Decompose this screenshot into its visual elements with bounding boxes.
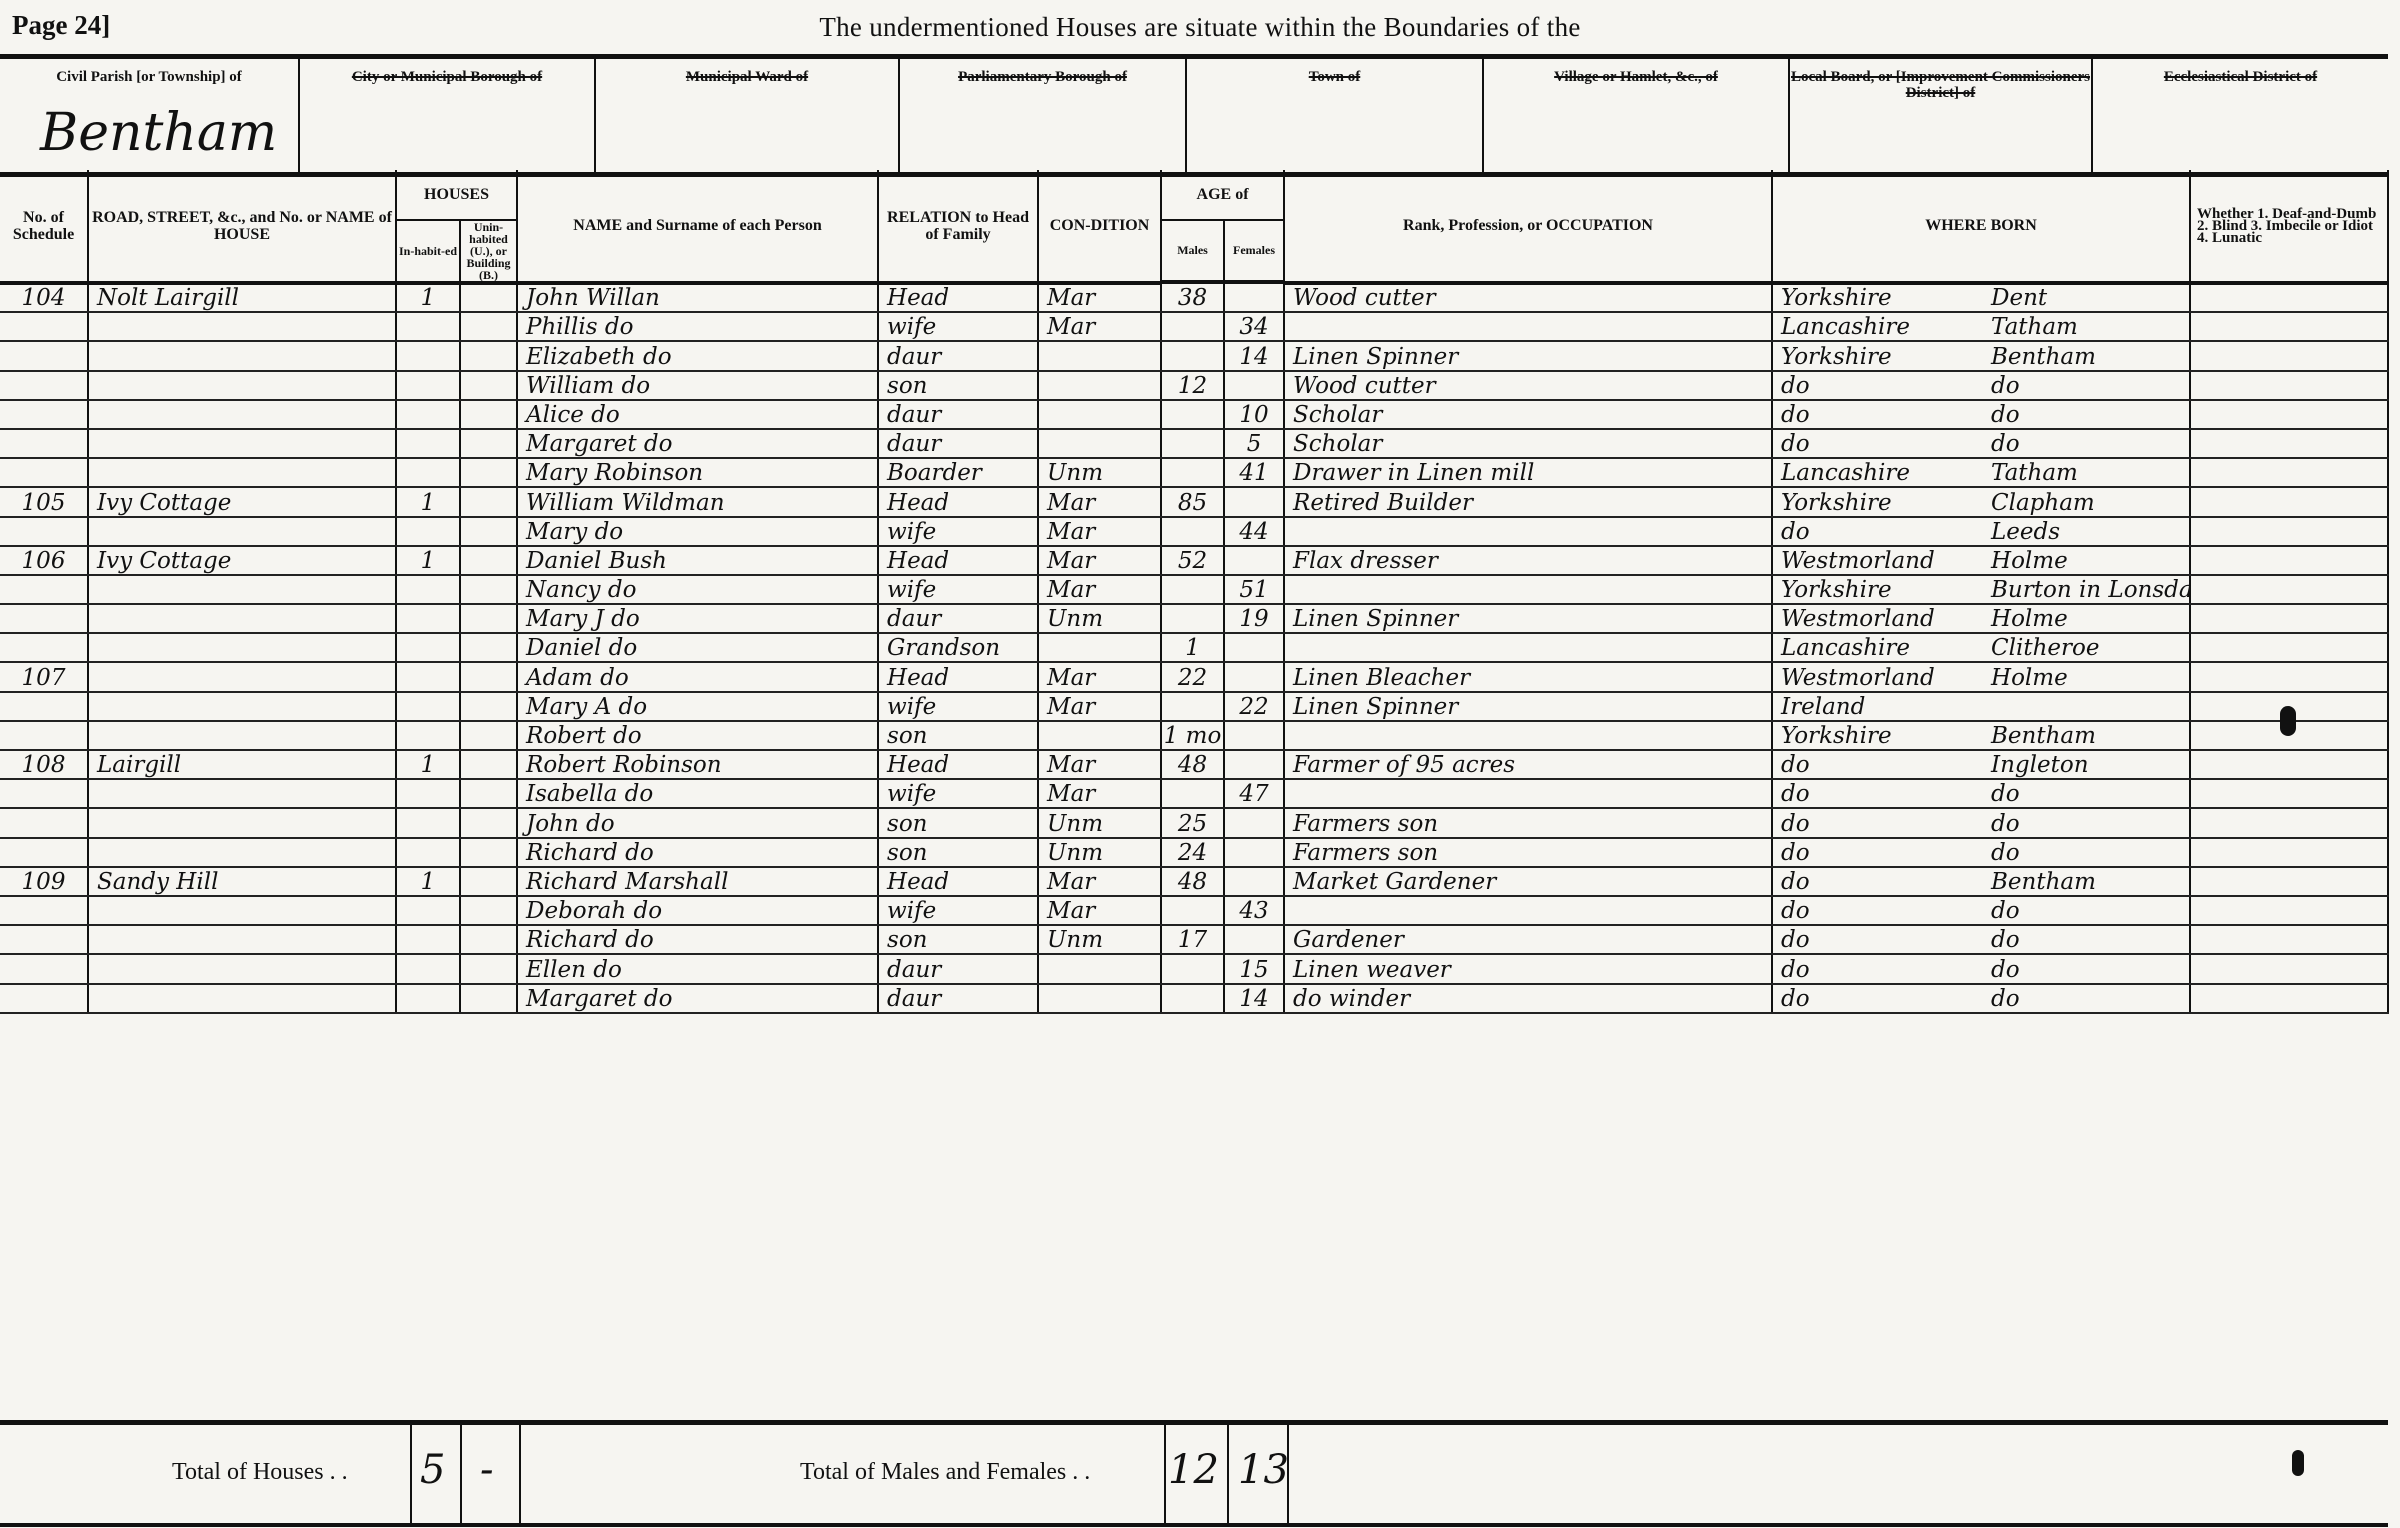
uninhabited-cell — [460, 283, 517, 312]
born-county: do — [1781, 927, 1991, 953]
born-place: do — [1991, 927, 2020, 953]
schedule-cell — [0, 896, 88, 925]
relation-cell: daur — [878, 954, 1038, 983]
infirmity-cell — [2190, 662, 2388, 691]
census-rows: 104Nolt Lairgill1John WillanHeadMar38Woo… — [0, 283, 2388, 1013]
occupation-cell: Farmers son — [1284, 838, 1772, 867]
condition-cell — [1038, 400, 1161, 429]
female-age-cell: 43 — [1224, 896, 1284, 925]
occupation-cell: Linen Spinner — [1284, 341, 1772, 370]
born-county: Yorkshire — [1781, 490, 1991, 516]
relation-cell: Head — [878, 546, 1038, 575]
schedule-cell — [0, 604, 88, 633]
born-county: Yorkshire — [1781, 285, 1991, 311]
born-county: do — [1781, 986, 1991, 1012]
occupation-cell: Wood cutter — [1284, 371, 1772, 400]
boundary-civil-parish: Civil Parish [or Township] of Bentham — [0, 59, 300, 172]
male-age-cell — [1161, 896, 1224, 925]
ink-blot — [2292, 1450, 2304, 1476]
schedule-cell — [0, 429, 88, 458]
inhabited-cell — [396, 400, 460, 429]
relation-cell: Head — [878, 662, 1038, 691]
born-county: Westmorland — [1781, 665, 1991, 691]
schedule-cell — [0, 400, 88, 429]
infirmity-cell — [2190, 750, 2388, 779]
infirmity-cell — [2190, 633, 2388, 662]
name-cell: Daniel do — [517, 633, 878, 662]
relation-cell: Head — [878, 750, 1038, 779]
relation-cell: daur — [878, 429, 1038, 458]
uninhabited-cell — [460, 954, 517, 983]
boundary-label: Local Board, or [Improvement Commissione… — [1790, 69, 2091, 101]
where-born-cell: dodo — [1772, 429, 2190, 458]
schedule-cell: 104 — [0, 283, 88, 312]
table-row: Phillis dowifeMar34LancashireTatham — [0, 312, 2388, 341]
male-age-cell: 85 — [1161, 487, 1224, 516]
where-born-cell: dodo — [1772, 779, 2190, 808]
where-born-cell: dodo — [1772, 400, 2190, 429]
uninhabited-cell — [460, 429, 517, 458]
female-age-cell: 34 — [1224, 312, 1284, 341]
relation-cell: son — [878, 371, 1038, 400]
schedule-cell — [0, 517, 88, 546]
name-cell: Mary do — [517, 517, 878, 546]
inhabited-cell — [396, 779, 460, 808]
table-row: Ellen dodaur15Linen weaverdodo — [0, 954, 2388, 983]
male-age-cell: 25 — [1161, 808, 1224, 837]
condition-cell: Mar — [1038, 575, 1161, 604]
boundary-town: Town of — [1187, 59, 1484, 172]
name-cell: John Willan — [517, 283, 878, 312]
where-born-cell: doIngleton — [1772, 750, 2190, 779]
road-cell — [88, 633, 396, 662]
table-row: 106Ivy Cottage1Daniel BushHeadMar52Flax … — [0, 546, 2388, 575]
where-born-cell: dodo — [1772, 371, 2190, 400]
infirmity-cell — [2190, 283, 2388, 312]
condition-cell — [1038, 721, 1161, 750]
infirmity-cell — [2190, 400, 2388, 429]
uninhabited-cell — [460, 867, 517, 896]
female-age-cell — [1224, 925, 1284, 954]
name-cell: Robert Robinson — [517, 750, 878, 779]
occupation-cell — [1284, 517, 1772, 546]
schedule-cell: 105 — [0, 487, 88, 516]
schedule-cell — [0, 633, 88, 662]
female-age-cell — [1224, 721, 1284, 750]
occupation-cell: Drawer in Linen mill — [1284, 458, 1772, 487]
female-age-cell — [1224, 750, 1284, 779]
inhabited-cell — [396, 429, 460, 458]
inhabited-cell: 1 — [396, 283, 460, 312]
road-cell: Nolt Lairgill — [88, 283, 396, 312]
occupation-cell: Scholar — [1284, 429, 1772, 458]
schedule-cell — [0, 954, 88, 983]
born-county: Westmorland — [1781, 606, 1991, 632]
uninhabited-cell — [460, 838, 517, 867]
col-road: ROAD, STREET, &c., and No. or NAME of HO… — [88, 170, 396, 283]
female-age-cell — [1224, 283, 1284, 312]
name-cell: Richard do — [517, 925, 878, 954]
relation-cell: son — [878, 838, 1038, 867]
occupation-cell: Linen Bleacher — [1284, 662, 1772, 691]
table-row: Richard dosonUnm24Farmers sondodo — [0, 838, 2388, 867]
infirmity-cell — [2190, 867, 2388, 896]
col-where-born: WHERE BORN — [1772, 170, 2190, 283]
name-cell: Margaret do — [517, 984, 878, 1013]
where-born-cell: dodo — [1772, 984, 2190, 1013]
col-schedule: No. of Schedule — [0, 170, 88, 283]
uninhabited-cell — [460, 400, 517, 429]
condition-cell: Mar — [1038, 896, 1161, 925]
where-born-cell: dodo — [1772, 954, 2190, 983]
occupation-cell: Farmers son — [1284, 808, 1772, 837]
road-cell — [88, 312, 396, 341]
name-cell: Richard Marshall — [517, 867, 878, 896]
relation-cell: Grandson — [878, 633, 1038, 662]
uninhabited-cell — [460, 546, 517, 575]
female-age-cell — [1224, 867, 1284, 896]
male-age-cell — [1161, 400, 1224, 429]
born-place: do — [1991, 373, 2020, 399]
relation-cell: Head — [878, 283, 1038, 312]
schedule-cell: 109 — [0, 867, 88, 896]
inhabited-cell — [396, 341, 460, 370]
totals-row: Total of Houses . . 5 - Total of Males a… — [0, 1420, 2388, 1527]
male-age-cell — [1161, 692, 1224, 721]
name-cell: Nancy do — [517, 575, 878, 604]
born-county: do — [1781, 811, 1991, 837]
total-houses-uninhabited: - — [480, 1447, 494, 1493]
male-age-cell — [1161, 458, 1224, 487]
uninhabited-cell — [460, 341, 517, 370]
schedule-cell: 108 — [0, 750, 88, 779]
uninhabited-cell — [460, 312, 517, 341]
born-county: Lancashire — [1781, 635, 1991, 661]
occupation-cell — [1284, 312, 1772, 341]
occupation-cell — [1284, 779, 1772, 808]
inhabited-cell — [396, 925, 460, 954]
born-place: do — [1991, 898, 2020, 924]
male-age-cell: 1 — [1161, 633, 1224, 662]
male-age-cell: 1 mo — [1161, 721, 1224, 750]
table-row: Daniel doGrandson1LancashireClitheroe — [0, 633, 2388, 662]
born-place: Burton in Lonsdale — [1991, 577, 2190, 603]
born-county: do — [1781, 752, 1991, 778]
inhabited-cell: 1 — [396, 867, 460, 896]
infirmity-cell — [2190, 808, 2388, 837]
female-age-cell: 5 — [1224, 429, 1284, 458]
boundary-label: Municipal Ward of — [596, 69, 898, 85]
relation-cell: wife — [878, 312, 1038, 341]
where-born-cell: Ireland — [1772, 692, 2190, 721]
col-infirmity: Whether 1. Deaf-and-Dumb 2. Blind 3. Imb… — [2190, 170, 2388, 283]
road-cell — [88, 808, 396, 837]
infirmity-cell — [2190, 371, 2388, 400]
col-uninhabited: Unin-habited (U.), or Building (B.) — [460, 220, 517, 283]
condition-cell: Mar — [1038, 487, 1161, 516]
where-born-cell: dodo — [1772, 896, 2190, 925]
table-row: 107Adam doHeadMar22Linen BleacherWestmor… — [0, 662, 2388, 691]
condition-cell — [1038, 371, 1161, 400]
ink-blot — [2280, 706, 2296, 736]
boundary-value: Bentham — [40, 103, 277, 163]
infirmity-cell — [2190, 896, 2388, 925]
female-age-cell — [1224, 662, 1284, 691]
road-cell — [88, 779, 396, 808]
born-place: Bentham — [1991, 344, 2096, 370]
where-born-cell: YorkshireBentham — [1772, 341, 2190, 370]
where-born-cell: dodo — [1772, 838, 2190, 867]
male-age-cell — [1161, 575, 1224, 604]
road-cell — [88, 896, 396, 925]
female-age-cell — [1224, 546, 1284, 575]
page-title: The undermentioned Houses are situate wi… — [0, 12, 2400, 43]
total-persons-label: Total of Males and Females . . — [800, 1459, 1090, 1486]
name-cell: John do — [517, 808, 878, 837]
born-county: do — [1781, 957, 1991, 983]
female-age-cell: 41 — [1224, 458, 1284, 487]
infirmity-cell — [2190, 604, 2388, 633]
condition-cell: Mar — [1038, 517, 1161, 546]
born-county: Ireland — [1781, 694, 1991, 720]
schedule-cell — [0, 721, 88, 750]
relation-cell: Head — [878, 867, 1038, 896]
road-cell: Lairgill — [88, 750, 396, 779]
inhabited-cell — [396, 312, 460, 341]
born-county: Lancashire — [1781, 314, 1991, 340]
female-age-cell: 15 — [1224, 954, 1284, 983]
infirmity-cell — [2190, 954, 2388, 983]
born-county: Yorkshire — [1781, 344, 1991, 370]
schedule-cell — [0, 341, 88, 370]
table-row: 105Ivy Cottage1William WildmanHeadMar85R… — [0, 487, 2388, 516]
female-age-cell: 47 — [1224, 779, 1284, 808]
uninhabited-cell — [460, 896, 517, 925]
female-age-cell: 14 — [1224, 341, 1284, 370]
relation-cell: daur — [878, 984, 1038, 1013]
where-born-cell: WestmorlandHolme — [1772, 662, 2190, 691]
occupation-cell: Scholar — [1284, 400, 1772, 429]
uninhabited-cell — [460, 662, 517, 691]
col-males: Males — [1161, 220, 1224, 282]
road-cell — [88, 400, 396, 429]
born-place: Dent — [1991, 285, 2047, 311]
condition-cell: Unm — [1038, 458, 1161, 487]
inhabited-cell — [396, 575, 460, 604]
occupation-cell: Linen Spinner — [1284, 604, 1772, 633]
name-cell: Deborah do — [517, 896, 878, 925]
born-county: Lancashire — [1781, 460, 1991, 486]
male-age-cell — [1161, 779, 1224, 808]
schedule-cell — [0, 838, 88, 867]
where-born-cell: doLeeds — [1772, 517, 2190, 546]
name-cell: Alice do — [517, 400, 878, 429]
boundary-label: Ecclesiastical District of — [2093, 69, 2388, 85]
relation-cell: son — [878, 925, 1038, 954]
infirmity-cell — [2190, 429, 2388, 458]
condition-cell: Unm — [1038, 604, 1161, 633]
female-age-cell — [1224, 808, 1284, 837]
boundary-label: Civil Parish [or Township] of — [0, 69, 298, 85]
born-place: Tatham — [1991, 460, 2078, 486]
occupation-cell: Flax dresser — [1284, 546, 1772, 575]
boundary-village: Village or Hamlet, &c., of — [1484, 59, 1790, 172]
occupation-cell: Market Gardener — [1284, 867, 1772, 896]
boundaries-row: Civil Parish [or Township] of Bentham Ci… — [0, 54, 2388, 177]
born-place: Holme — [1991, 665, 2068, 691]
where-born-cell: YorkshireBurton in Lonsdale — [1772, 575, 2190, 604]
inhabited-cell — [396, 517, 460, 546]
condition-cell: Mar — [1038, 312, 1161, 341]
relation-cell: wife — [878, 692, 1038, 721]
born-place: Tatham — [1991, 314, 2078, 340]
relation-cell: wife — [878, 517, 1038, 546]
male-age-cell — [1161, 517, 1224, 546]
born-place: Holme — [1991, 548, 2068, 574]
name-cell: Elizabeth do — [517, 341, 878, 370]
occupation-cell — [1284, 721, 1772, 750]
male-age-cell: 24 — [1161, 838, 1224, 867]
condition-cell — [1038, 633, 1161, 662]
boundary-municipal-ward: Municipal Ward of — [596, 59, 900, 172]
infirmity-cell — [2190, 838, 2388, 867]
table-row: Mary A dowifeMar22Linen SpinnerIreland — [0, 692, 2388, 721]
inhabited-cell — [396, 371, 460, 400]
relation-cell: son — [878, 808, 1038, 837]
relation-cell: daur — [878, 341, 1038, 370]
table-row: Robert doson1 moYorkshireBentham — [0, 721, 2388, 750]
boundary-label: City or Municipal Borough of — [300, 69, 594, 85]
born-place: do — [1991, 811, 2020, 837]
male-age-cell — [1161, 984, 1224, 1013]
born-place: Holme — [1991, 606, 2068, 632]
uninhabited-cell — [460, 984, 517, 1013]
condition-cell — [1038, 429, 1161, 458]
boundary-municipal-borough: City or Municipal Borough of — [300, 59, 596, 172]
total-houses-label: Total of Houses . . — [172, 1459, 348, 1486]
table-row: Deborah dowifeMar43dodo — [0, 896, 2388, 925]
table-row: 104Nolt Lairgill1John WillanHeadMar38Woo… — [0, 283, 2388, 312]
table-row: Mary RobinsonBoarderUnm41Drawer in Linen… — [0, 458, 2388, 487]
col-age: AGE of — [1161, 170, 1284, 220]
where-born-cell: dodo — [1772, 925, 2190, 954]
uninhabited-cell — [460, 487, 517, 516]
uninhabited-cell — [460, 604, 517, 633]
relation-cell: Head — [878, 487, 1038, 516]
name-cell: Daniel Bush — [517, 546, 878, 575]
female-age-cell: 19 — [1224, 604, 1284, 633]
born-place: do — [1991, 957, 2020, 983]
condition-cell: Mar — [1038, 546, 1161, 575]
where-born-cell: WestmorlandHolme — [1772, 604, 2190, 633]
born-county: Yorkshire — [1781, 723, 1991, 749]
road-cell — [88, 721, 396, 750]
occupation-cell: Wood cutter — [1284, 283, 1772, 312]
relation-cell: wife — [878, 896, 1038, 925]
uninhabited-cell — [460, 925, 517, 954]
uninhabited-cell — [460, 721, 517, 750]
born-place: Bentham — [1991, 869, 2096, 895]
total-houses-inhabited: 5 — [420, 1447, 445, 1493]
male-age-cell — [1161, 341, 1224, 370]
schedule-cell — [0, 371, 88, 400]
uninhabited-cell — [460, 575, 517, 604]
infirmity-cell — [2190, 925, 2388, 954]
road-cell — [88, 954, 396, 983]
where-born-cell: YorkshireDent — [1772, 283, 2190, 312]
name-cell: William Wildman — [517, 487, 878, 516]
infirmity-cell — [2190, 575, 2388, 604]
schedule-cell — [0, 779, 88, 808]
uninhabited-cell — [460, 517, 517, 546]
census-page: Page 24] The undermentioned Houses are s… — [0, 0, 2400, 1528]
inhabited-cell — [396, 692, 460, 721]
inhabited-cell — [396, 458, 460, 487]
road-cell — [88, 984, 396, 1013]
male-age-cell — [1161, 312, 1224, 341]
where-born-cell: LancashireTatham — [1772, 458, 2190, 487]
condition-cell: Mar — [1038, 692, 1161, 721]
male-age-cell: 48 — [1161, 867, 1224, 896]
infirmity-cell — [2190, 779, 2388, 808]
col-occupation: Rank, Profession, or OCCUPATION — [1284, 170, 1772, 283]
male-age-cell — [1161, 604, 1224, 633]
born-county: do — [1781, 840, 1991, 866]
inhabited-cell — [396, 808, 460, 837]
uninhabited-cell — [460, 371, 517, 400]
female-age-cell: 10 — [1224, 400, 1284, 429]
uninhabited-cell — [460, 458, 517, 487]
name-cell: William do — [517, 371, 878, 400]
condition-cell: Mar — [1038, 750, 1161, 779]
relation-cell: son — [878, 721, 1038, 750]
born-county: do — [1781, 781, 1991, 807]
boundary-ecclesiastical-district: Ecclesiastical District of — [2093, 59, 2388, 172]
occupation-cell: Farmer of 95 acres — [1284, 750, 1772, 779]
condition-cell: Unm — [1038, 925, 1161, 954]
road-cell — [88, 604, 396, 633]
table-row: Nancy dowifeMar51YorkshireBurton in Lons… — [0, 575, 2388, 604]
infirmity-cell — [2190, 984, 2388, 1013]
table-row: Isabella dowifeMar47dodo — [0, 779, 2388, 808]
relation-cell: wife — [878, 575, 1038, 604]
census-table: No. of Schedule ROAD, STREET, &c., and N… — [0, 170, 2389, 1014]
born-place: do — [1991, 431, 2020, 457]
female-age-cell — [1224, 838, 1284, 867]
table-row: Margaret dodaur5Scholardodo — [0, 429, 2388, 458]
name-cell: Ellen do — [517, 954, 878, 983]
inhabited-cell: 1 — [396, 546, 460, 575]
road-cell — [88, 429, 396, 458]
name-cell: Richard do — [517, 838, 878, 867]
female-age-cell — [1224, 487, 1284, 516]
inhabited-cell — [396, 721, 460, 750]
table-row: Elizabeth dodaur14Linen SpinnerYorkshire… — [0, 341, 2388, 370]
inhabited-cell — [396, 984, 460, 1013]
road-cell: Ivy Cottage — [88, 487, 396, 516]
col-relation: RELATION to Head of Family — [878, 170, 1038, 283]
condition-cell: Mar — [1038, 662, 1161, 691]
born-place: Bentham — [1991, 723, 2096, 749]
uninhabited-cell — [460, 808, 517, 837]
inhabited-cell — [396, 604, 460, 633]
road-cell: Ivy Cottage — [88, 546, 396, 575]
inhabited-cell — [396, 662, 460, 691]
condition-cell: Mar — [1038, 779, 1161, 808]
condition-cell: Mar — [1038, 867, 1161, 896]
where-born-cell: YorkshireClapham — [1772, 487, 2190, 516]
relation-cell: Boarder — [878, 458, 1038, 487]
